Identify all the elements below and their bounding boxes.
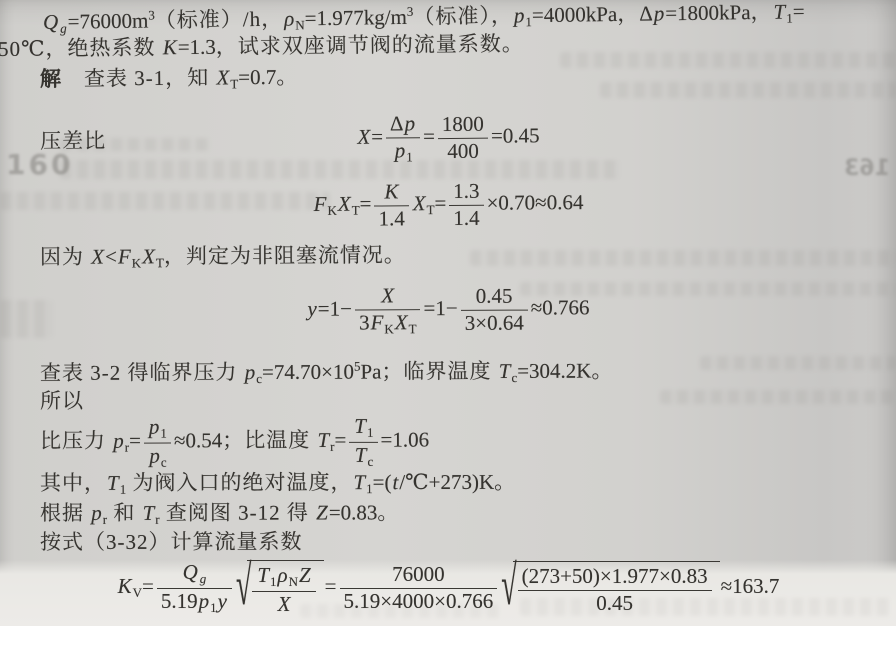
text-run: 1 [210, 600, 217, 615]
text-run: X [141, 244, 156, 268]
numerator: 1800 [438, 113, 488, 139]
text-run: 1 [406, 149, 413, 164]
text-run: T [256, 563, 270, 587]
text-run: = [359, 191, 371, 215]
text-run: g [59, 21, 68, 36]
bleedthrough-artifact [560, 52, 896, 68]
text-run: p [90, 501, 103, 525]
text-run: ρ [277, 563, 289, 587]
text-run: =0.45 [491, 123, 540, 147]
text-run: V [133, 585, 142, 600]
denominator: 1.4 [449, 205, 483, 230]
text-run: 查表 3-1，知 [62, 65, 216, 90]
text-run: X [277, 592, 292, 616]
text-run: ≈0.54 [174, 428, 222, 452]
text-run: =0.83 [329, 500, 378, 524]
text-run: T [498, 359, 512, 383]
text-run: y [306, 297, 317, 321]
text-run: K [132, 255, 141, 270]
text-run: = [334, 428, 346, 452]
text-run: 和 [107, 501, 142, 525]
radicand: (273+50)×1.977×0.830.45 [513, 561, 720, 615]
text-run: N [295, 17, 305, 32]
text-run: 76000 [392, 562, 445, 586]
text-run: 0.45 [596, 591, 633, 615]
numerator: K [374, 180, 408, 206]
text-run: =0.7 [238, 65, 276, 89]
text-run: X [380, 283, 395, 307]
temperature-note-line: 其中，T1 为阀入口的绝对温度，T1=(t/℃+273)K。 [40, 469, 516, 503]
text-run: < [105, 245, 117, 269]
text-run: p [148, 415, 161, 439]
text-run: 解 [40, 67, 62, 91]
text-run: T [354, 442, 368, 466]
text-run: X [412, 191, 427, 215]
denominator: p1 [386, 138, 420, 165]
fraction: 0.453×0.64 [461, 285, 528, 335]
text-run: ；比温度 [222, 428, 316, 452]
pressure-ratio-formula-row: 压差比 X=Δpp1=1800400=0.45 [0, 108, 896, 167]
numerator: Δp [386, 112, 420, 138]
text-run: Δ [390, 111, 404, 135]
fraction: 1800400 [438, 113, 488, 163]
text-run: 为阀入口的绝对温度， [126, 470, 352, 495]
text-run: K [383, 179, 399, 203]
text-run: 0.45 [476, 284, 513, 308]
expansion-factor-formula: y=1−X3FKXT=1−0.453×0.64≈0.766 [306, 295, 589, 320]
text-run: c [367, 453, 373, 468]
text-run: =1.3 [178, 35, 216, 59]
text-run: p [148, 443, 161, 467]
text-run: 。 [377, 500, 399, 524]
denominator: Tc [349, 442, 377, 469]
text-run: T [316, 428, 330, 452]
text-run: =1800kPa [665, 0, 751, 25]
text-run: X [337, 192, 352, 216]
text-run: (273+50)×1.977×0.83 [522, 564, 708, 588]
text-run: ≈0.766 [531, 295, 590, 319]
text-run: 查阅图 3-12 得 [160, 501, 316, 525]
denominator: 400 [438, 138, 488, 163]
denominator: 5.19×4000×0.766 [340, 589, 498, 614]
fk-xt-formula: FKXT=K1.4XT=1.31.4×0.70≈0.64 [312, 190, 583, 216]
text-run: 5.19 [161, 589, 198, 613]
text-run: =1.06 [380, 428, 429, 452]
text-run: =4000kPa [532, 2, 618, 27]
numerator: T1 [349, 415, 377, 443]
text-run: =1− [318, 296, 352, 320]
numerator: X [355, 284, 421, 310]
denominator: 0.45 [518, 591, 712, 616]
text-run: =1− [423, 296, 457, 320]
text-run: T [156, 255, 164, 270]
text-run: X [394, 310, 409, 334]
solution-lookup-line: 解 查表 3-1，知 XT=0.7。 [40, 64, 299, 99]
text-run: =( [373, 470, 392, 494]
text-run: p [112, 429, 125, 453]
bleedthrough-artifact [700, 356, 896, 370]
text-run: T [772, 0, 786, 24]
text-run: K [117, 574, 133, 598]
text-run: 因为 [40, 245, 90, 269]
text-run: T [142, 501, 156, 525]
text-run: y [217, 589, 228, 613]
text-run: （标准）/h， [155, 7, 284, 33]
text-run: 查表 3-2 得临界压力 [40, 360, 244, 385]
fraction: Qg5.19p1y [157, 561, 232, 615]
text-run: ≈163.7 [721, 574, 780, 598]
text-run: Q [182, 560, 199, 584]
text-run: ×0.70≈0.64 [486, 190, 583, 215]
reduced-pressure-temperature-line: 比压力 pr=p1pc≈0.54；比温度 Tr=T1Tc=1.06 [40, 415, 429, 470]
text-run: T [352, 470, 366, 494]
text-run: ρ [283, 6, 295, 30]
text-run: X [356, 124, 371, 148]
numerator: 1.3 [449, 180, 483, 206]
text-run: 1 [160, 426, 167, 441]
text-run: p [244, 360, 257, 384]
given-conditions-line-2: 50℃，绝热系数 K=1.3，试求双座调节阀的流量系数。 [0, 30, 524, 62]
text-run: N [289, 574, 298, 589]
text-run: 按式（3-32）计算流量系数 [40, 530, 303, 554]
text-run: K [327, 203, 336, 218]
text-run: ， [750, 0, 772, 24]
text-run: 比压力 [40, 429, 112, 453]
text-run: K [162, 35, 178, 59]
radical-sign-icon: √ [501, 560, 516, 616]
text-run: Z [315, 500, 329, 524]
text-run: p [403, 111, 416, 135]
fraction: p1pc [144, 416, 171, 470]
fraction: Δpp1 [386, 112, 420, 164]
numerator: Qg [157, 561, 232, 589]
text-run: g [199, 571, 208, 586]
text-run: 1 [270, 574, 277, 589]
text-run: 。 [494, 470, 516, 494]
text-run: p [394, 138, 407, 162]
text-run: p [198, 589, 211, 613]
text-run: 3×0.64 [465, 310, 524, 334]
radical-sign-icon: √ [236, 560, 251, 616]
text-run: = [793, 0, 805, 24]
denominator: 3×0.64 [461, 310, 528, 335]
fraction: T1ρNZX [252, 564, 315, 616]
text-run: ，判定为非阻塞流情况。 [164, 243, 406, 268]
formula-label: 压差比 [40, 128, 106, 155]
text-run: T [106, 471, 120, 495]
numerator: 0.45 [461, 285, 528, 311]
fraction: 1.31.4 [449, 180, 484, 230]
fraction: 760005.19×4000×0.766 [340, 563, 498, 613]
therefore-line: 所以 [40, 388, 84, 414]
text-run: =1.977kg/m [304, 5, 407, 30]
scanned-page: 160 163 Qg=76000m3（标准）/h，ρN=1.977kg/m3（标… [0, 0, 896, 626]
denominator: pc [144, 443, 171, 470]
text-run: ，试求双座调节阀的流量系数。 [216, 31, 524, 58]
denominator: 1.4 [374, 206, 408, 231]
formula-reference-line: 按式（3-32）计算流量系数 [40, 529, 303, 555]
text-run: p [653, 1, 666, 25]
text-run: ；临界温度 [381, 359, 497, 384]
text-run: （标准）， [413, 3, 513, 28]
textbook-page: 160 163 Qg=76000m3（标准）/h，ρN=1.977kg/m3（标… [0, 0, 896, 651]
text-run: Δ [639, 1, 653, 25]
text-run: c [161, 454, 167, 469]
text-run: X [215, 65, 230, 89]
text-run: F [312, 192, 327, 216]
text-run: 1800 [442, 112, 484, 136]
text-run: 根据 [40, 501, 90, 525]
text-run: Q [42, 10, 60, 34]
fraction: (273+50)×1.977×0.830.45 [518, 565, 712, 615]
text-run: T [352, 202, 360, 217]
denominator: 5.19p1y [157, 589, 232, 616]
fraction: T1Tc [349, 415, 377, 469]
radicand: T1ρNZX [247, 560, 323, 616]
bleedthrough-artifact [660, 390, 896, 404]
text-run: =76000m [67, 9, 148, 34]
kv-result-formula: KV=Qg5.19p1y√T1ρNZX=760005.19×4000×0.766… [117, 574, 780, 598]
fraction: X3FKXT [355, 284, 421, 336]
text-run: = [371, 124, 383, 148]
numerator: (273+50)×1.977×0.83 [518, 565, 712, 591]
numerator: T1ρNZ [252, 564, 315, 592]
text-run: F [369, 310, 384, 334]
text-run: = [423, 124, 435, 148]
square-root: √T1ρNZX [236, 560, 324, 616]
text-run: F [117, 244, 132, 268]
text-run: K [384, 321, 393, 336]
text-run: 1 [367, 425, 374, 440]
text-run: =304.2K [517, 359, 591, 383]
text-run: X [90, 245, 105, 269]
text-run: = [142, 574, 154, 598]
denominator: 3FKXT [355, 310, 421, 337]
text-run: 1.4 [453, 205, 479, 229]
text-run: = [129, 429, 141, 453]
text-run: 5.19×4000×0.766 [344, 589, 494, 613]
fk-xt-formula-row: FKXT=K1.4XT=1.31.4×0.70≈0.64 [0, 177, 896, 233]
flow-condition-statement: 因为 X<FKXT，判定为非阻塞流情况。 [40, 242, 406, 277]
text-run: /℃+273)K [399, 470, 494, 494]
text-run: 50℃，绝热系数 [0, 35, 162, 61]
text-run: 。 [591, 358, 613, 382]
text-run: = [434, 191, 446, 215]
text-run: p [513, 3, 526, 27]
expansion-factor-formula-row: y=1−X3FKXT=1−0.453×0.64≈0.766 [0, 282, 896, 339]
text-run: Z [298, 563, 312, 587]
text-run: Pa [360, 360, 381, 384]
text-run: T [409, 321, 417, 336]
numerator: 76000 [340, 563, 498, 589]
pressure-ratio-formula: X=Δpp1=1800400=0.45 [356, 123, 539, 148]
numerator: p1 [144, 416, 171, 444]
bleedthrough-artifact [470, 250, 896, 266]
bleedthrough-artifact [600, 82, 896, 98]
kv-result-formula-row: KV=Qg5.19p1y√T1ρNZX=760005.19×4000×0.766… [0, 560, 896, 616]
text-run: T [353, 414, 367, 438]
text-run: 3 [359, 310, 370, 334]
fraction: K1.4 [374, 180, 409, 230]
text-run: 1.3 [453, 179, 479, 203]
text-run: 。 [276, 65, 298, 89]
text-run: 1.4 [378, 206, 404, 230]
text-run: 其中， [40, 471, 106, 495]
text-run: 所以 [40, 389, 84, 413]
square-root: √(273+50)×1.977×0.830.45 [501, 561, 719, 615]
critical-values-line: 查表 3-2 得临界压力 pc=74.70×105Pa；临界温度 Tc=304.… [40, 352, 614, 393]
text-run: ， [617, 2, 639, 26]
text-run: =74.70×10 [262, 360, 354, 384]
text-run: 400 [447, 138, 479, 162]
text-run: = [325, 574, 337, 598]
denominator: X [252, 592, 315, 617]
